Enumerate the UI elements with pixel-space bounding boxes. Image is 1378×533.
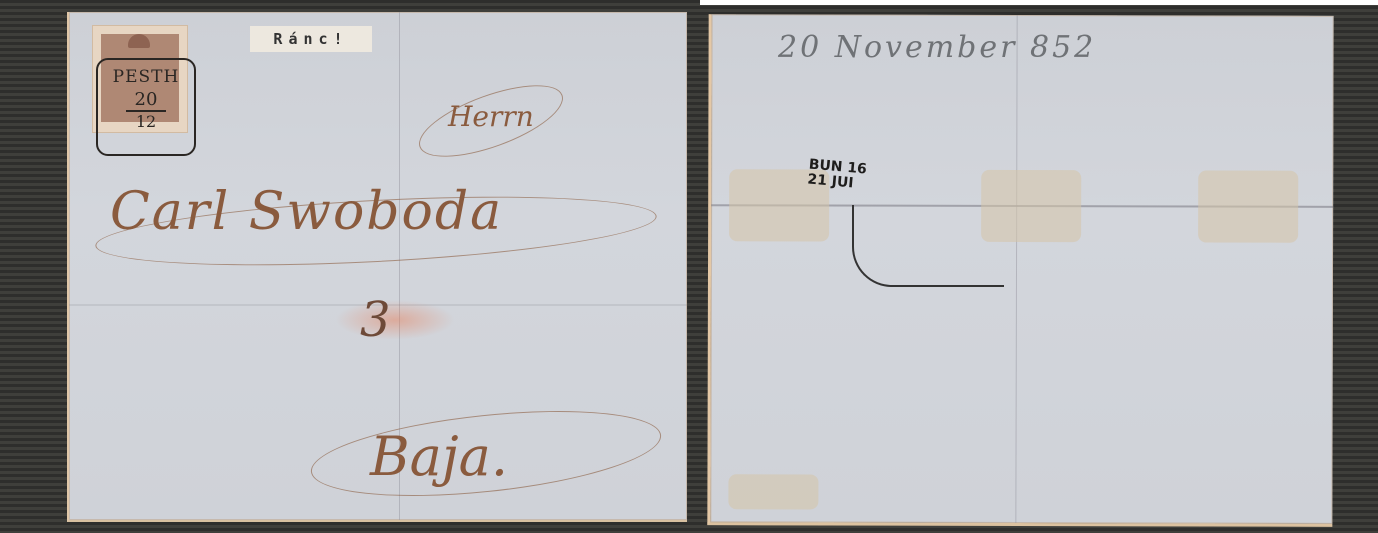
pencil-date-note: 20 November 852 [778,30,1096,65]
letter-back [707,14,1333,527]
rate-marking: 3 [360,292,391,348]
top-white-strip [700,0,1378,5]
typed-label: Ránc! [250,26,372,52]
cancel-day: 20 [98,89,194,110]
hinge-tape [728,474,818,509]
pesth-cancel-postmark: PESTH 20 12 [96,58,196,156]
seal-tear-mark [852,205,1004,287]
cancel-town: PESTH [98,67,194,87]
red-ink-smudge [335,300,455,340]
fold-line [1015,15,1017,523]
arrival-postmark: BUN 16 21 JUI [807,158,868,193]
hinge-tape [1198,170,1298,242]
cancel-month: 12 [98,112,194,131]
